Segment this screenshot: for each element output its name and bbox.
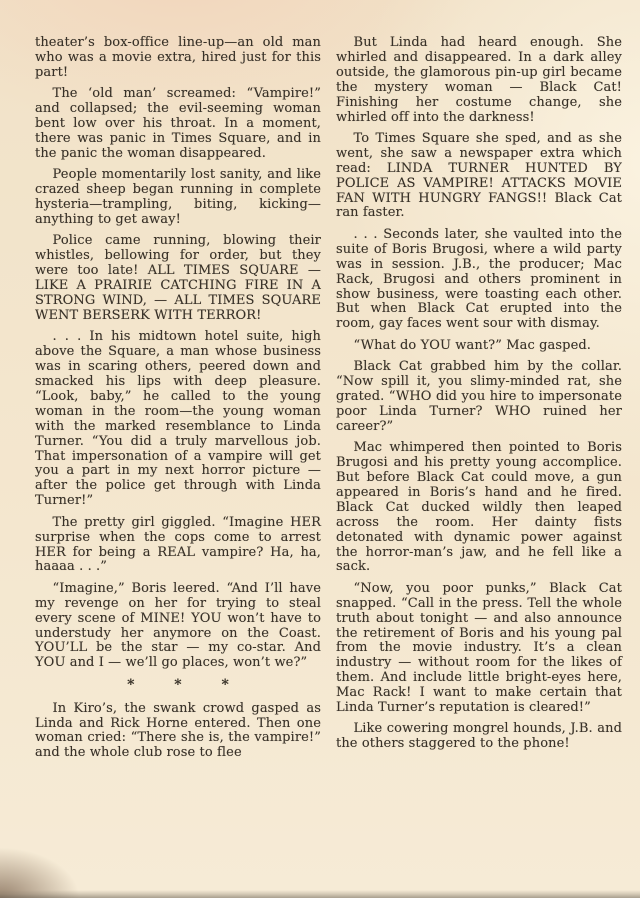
story-paragraph: But Linda had heard enough. She whirled …	[336, 36, 622, 125]
scanned-page: theater’s box-office line-up—an old man …	[0, 0, 640, 898]
text-column-left: theater’s box-office line-up—an old man …	[35, 36, 321, 880]
story-paragraph: In Kiro’s, the swank crowd gasped as Lin…	[35, 702, 321, 762]
story-paragraph: . . . In his midtown hotel suite, high a…	[35, 330, 321, 509]
story-paragraph: Police came running, blowing their whist…	[35, 234, 321, 323]
story-paragraph: Black Cat grabbed him by the collar. “No…	[336, 360, 622, 435]
story-paragraph: “Imagine,” Boris leered. “And I’ll have …	[35, 582, 321, 671]
story-paragraph: “What do YOU want?” Mac gasped.	[336, 339, 622, 354]
story-paragraph: The ‘old man’ screamed: “Vampire!” and c…	[35, 87, 321, 162]
page-edge-shadow	[0, 890, 640, 898]
text-column-right: But Linda had heard enough. She whirled …	[336, 36, 622, 880]
story-paragraph: Mac whimpered then pointed to Boris Brug…	[336, 441, 622, 575]
text-columns: theater’s box-office line-up—an old man …	[35, 36, 622, 880]
story-paragraph: The pretty girl giggled. “Imagine HER su…	[35, 516, 321, 576]
story-paragraph: To Times Square she sped, and as she wen…	[336, 132, 622, 221]
story-paragraph: People momentarily lost sanity, and like…	[35, 168, 321, 228]
asterisk-separator: * * *	[35, 678, 321, 693]
story-paragraph: . . . Seconds later, she vaulted into th…	[336, 228, 622, 332]
story-paragraph: Like cowering mongrel hounds, J.B. and t…	[336, 722, 622, 752]
story-paragraph: “Now, you poor punks,” Black Cat snapped…	[336, 582, 622, 716]
story-paragraph: theater’s box-office line-up—an old man …	[35, 36, 321, 81]
